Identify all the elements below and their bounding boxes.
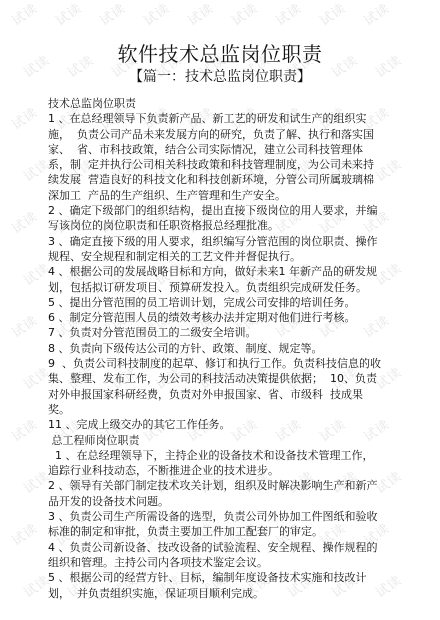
text-line: 深加工 产品的生产组织、生产管理和生产安全。 [48,188,400,203]
document-title: 软件技术总监岗位职责 [0,38,440,67]
section-heading: 总工程师岗位职责 [48,433,400,448]
text-line: 追踪行业科技动态，不断推进企业的技术进步。 [48,463,400,478]
text-line: 对外申报国家科研经费，负责对外申报国家、省、市级科 技成果 [48,387,400,402]
document-subtitle: 【篇一：技术总监岗位职责】 [0,66,440,86]
text-line: 1 、在总经理领导下负责新产品、新工艺的研发和试生产的组织实 [48,111,400,126]
text-line: 写该岗位的岗位职责和任职资格报总经理批准。 [48,218,400,233]
document-body: 技术总监岗位职责 1 、在总经理领导下负责新产品、新工艺的研发和试生产的组织实 … [48,96,400,601]
text-line: 3 、确定直接下级的用人要求，组织编写分管范围的岗位职责、操作 [48,234,400,249]
text-line: 划，包括拟订研发项目、预算研发投入。负责组织完成研发任务。 [48,280,400,295]
text-line: 7 、负责对分管范围员工的二级安全培训。 [48,325,400,340]
text-line: 11 、完成上级交办的其它工作任务。 [48,417,400,432]
document-page: 软件技术总监岗位职责 【篇一：技术总监岗位职责】 技术总监岗位职责 1 、在总经… [0,0,440,620]
text-line: 标准的制定和审批，负责主要加工件加工配套厂的审定。 [48,524,400,539]
text-line: 2 、确定下级部门的组织结构，提出直接下级岗位的用人要求，并编 [48,203,400,218]
text-line: 家、 省、市科技政策，结合公司实际情况，建立公司科技管理体 [48,142,400,157]
text-line: 9 、负责公司科技制度的起草、修订和执行工作。负责科技信息的收 [48,356,400,371]
text-line: 6 、制定分管范围人员的绩效考核办法并定期对他们进行考核。 [48,310,400,325]
text-line: 划， 并负责组织实施，保证项目顺利完成。 [48,586,400,601]
text-line: 施， 负责公司产品未来发展方向的研究，负责了解、执行和落实国 [48,127,400,142]
text-line: 5 、根据公司的经营方针、目标，编制年度设备技术实施和技改计 [48,570,400,585]
text-line: 4 、根据公司的发展战略目标和方向，做好未来1 年新产品的研发规 [48,264,400,279]
text-line: 1 、在总经理领导下，主持企业的设备技术和设备技术管理工作， [48,448,400,463]
section-heading: 技术总监岗位职责 [48,96,400,111]
text-line: 规程、安全规程和制定相关的工艺文件并督促执行。 [48,249,400,264]
text-line: 续发展 营造良好的科技文化和科技创新环境，分管公司所属玻璃棉 [48,172,400,187]
text-line: 8 、负责向下级传达公司的方针、政策、制度、规定等。 [48,341,400,356]
text-line: 奖。 [48,402,400,417]
text-line: 品开发的设备技术问题。 [48,494,400,509]
text-line: 4 、负责公司新设备、技改设备的试验流程、安全规程、操作规程的 [48,540,400,555]
text-line: 5 、提出分管范围的员工培训计划，完成公司安排的培训任务。 [48,295,400,310]
text-line: 组织和管理。主持公司内各项技术鉴定会议。 [48,555,400,570]
text-line: 2 、领导有关部门制定技术攻关计划，组织及时解决影响生产和新产 [48,478,400,493]
text-line: 3 、负责公司生产所需设备的选型，负责公司外协加工件图纸和验收 [48,509,400,524]
text-line: 系，制 定并执行公司相关科技政策和科技管理制度，为公司未来持 [48,157,400,172]
text-line: 集、整理、发布工作，为公司的科技活动决策提供依据； 10、负责 [48,371,400,386]
